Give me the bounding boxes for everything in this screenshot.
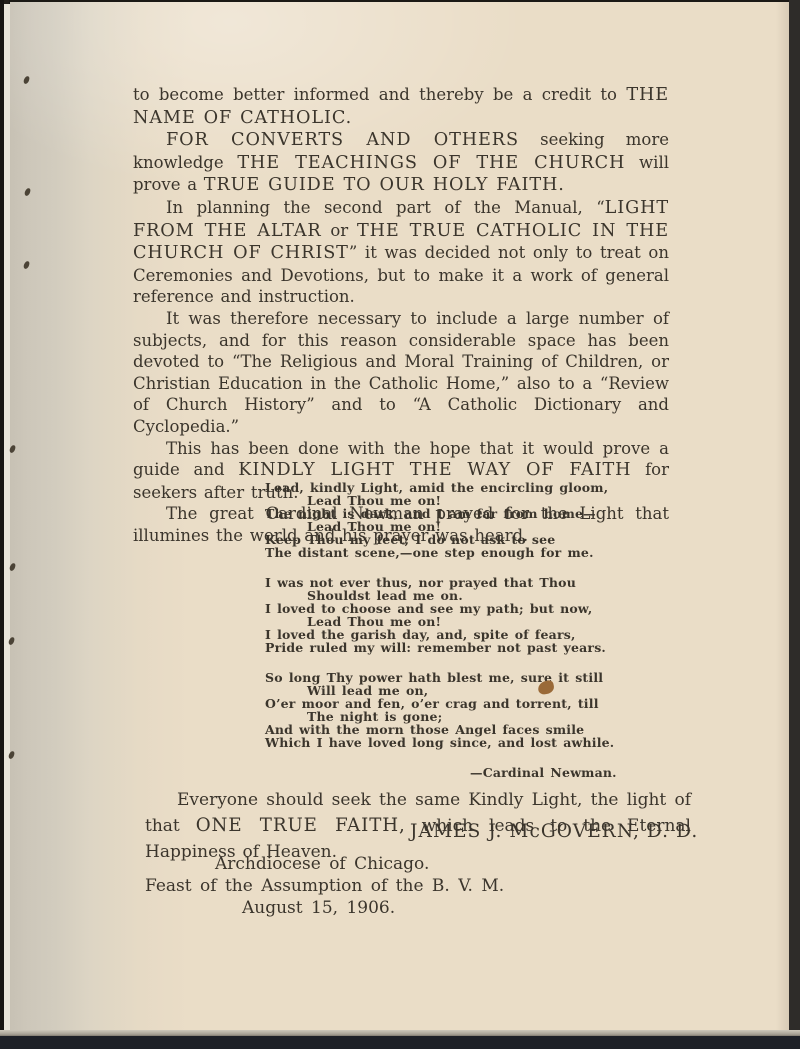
stitch-mark bbox=[8, 636, 15, 645]
scan-right-edge bbox=[789, 0, 800, 1040]
body-paragraphs: to become better informed and thereby be… bbox=[133, 84, 669, 546]
paragraph: It was therefore necessary to include a … bbox=[133, 308, 669, 438]
poem-line: Pride ruled my will: remember not past y… bbox=[265, 641, 617, 654]
stitch-mark bbox=[8, 750, 15, 759]
author-signature: JAMES J. McGOVERN, D. D. bbox=[410, 821, 698, 842]
paragraph: In planning the second part of the Manua… bbox=[133, 197, 669, 308]
book-page: to become better informed and thereby be… bbox=[10, 2, 790, 1034]
stitch-mark bbox=[24, 187, 31, 196]
text-segment: TRUE GUIDE TO OUR HOLY FAITH. bbox=[204, 175, 565, 195]
text-segment: to become better informed and thereby be… bbox=[133, 85, 626, 104]
colophon-line: Feast of the Assumption of the B. V. M. bbox=[10, 875, 790, 897]
paragraph: to become better informed and thereby be… bbox=[133, 84, 669, 129]
book-spine-edge bbox=[0, 0, 4, 1040]
stitch-mark bbox=[23, 75, 30, 84]
colophon-line: August 15, 1906. bbox=[10, 897, 790, 919]
text-segment: FOR CONVERTS AND OTHERS bbox=[166, 130, 519, 150]
poem-attribution: —Cardinal Newman. bbox=[265, 766, 617, 779]
text-segment: KINDLY LIGHT THE WAY OF FAITH bbox=[238, 460, 631, 480]
poem-line: The distant scene,—one step enough for m… bbox=[265, 546, 617, 559]
stitch-mark bbox=[9, 562, 16, 571]
poem-stanza: I was not ever thus, nor prayed that Tho… bbox=[265, 576, 617, 654]
colophon: Archdiocese of Chicago.Feast of the Assu… bbox=[10, 853, 790, 919]
poem-line: Which I have loved long since, and lost … bbox=[265, 736, 617, 749]
text-segment: THE TEACHINGS OF THE CHURCH bbox=[237, 153, 625, 173]
poem-stanza: Lead, kindly Light, amid the encircling … bbox=[265, 481, 617, 559]
poem-stanza: So long Thy power hath blest me, sure it… bbox=[265, 671, 617, 749]
poem: Lead, kindly Light, amid the encircling … bbox=[265, 481, 617, 779]
poem-stanzas: Lead, kindly Light, amid the encircling … bbox=[265, 481, 617, 749]
scan-bottom-bar bbox=[0, 1036, 800, 1049]
text-segment: or bbox=[322, 221, 357, 240]
text-segment: In planning the second part of the Manua… bbox=[166, 198, 605, 217]
text-segment: ONE TRUE FAITH, bbox=[196, 815, 406, 836]
stitch-mark bbox=[23, 260, 30, 269]
colophon-line: Archdiocese of Chicago. bbox=[10, 853, 790, 875]
text-segment: It was therefore necessary to include a … bbox=[133, 309, 669, 436]
paragraph: FOR CONVERTS AND OTHERS seeking more kno… bbox=[133, 129, 669, 197]
stitch-mark bbox=[9, 444, 16, 453]
